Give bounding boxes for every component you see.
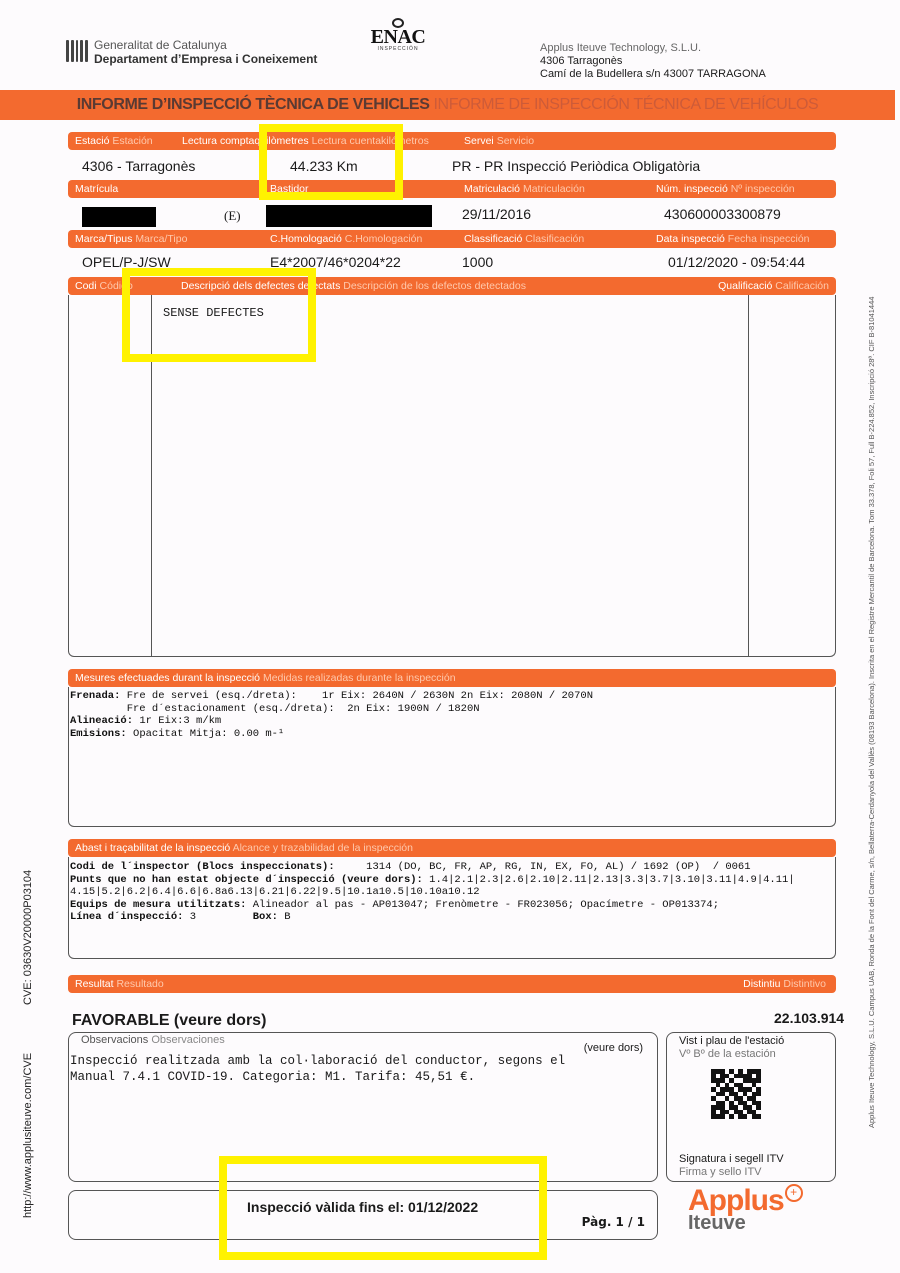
measures-content: Frenada: Fre de servei (esq./dreta): 1r … <box>70 690 593 740</box>
cve-url[interactable]: http://www.applusiteuve.com/CVE <box>22 1053 34 1218</box>
inspector-label: Codi de l´inspector (Blocs inspeccionats… <box>70 861 335 873</box>
enac-title: ENAC <box>366 28 430 46</box>
label-qualificacio: Qualificació Calificación <box>718 277 829 295</box>
veure-dors-note: (veure dors) <box>584 1042 643 1054</box>
linea-value: 3 <box>183 911 196 923</box>
row2-header: Matrícula Bastidor Matriculació Matricul… <box>68 180 836 198</box>
company-info: Applus Iteuve Technology, S.L.U. 4306 Ta… <box>540 42 840 81</box>
equips-label: Equips de mesura utilitzats: <box>70 899 246 911</box>
stamp-bottom-label: Signatura i segell ITV Firma y sello ITV <box>679 1153 784 1179</box>
label-estacio: Estació Estación <box>75 132 153 150</box>
stamp-box: Vist i plau de l'estació Vº Bº de la est… <box>666 1032 836 1182</box>
label-classificacio: Classificació Clasificación <box>464 230 584 248</box>
report-title: INFORME D’INSPECCIÓ TÈCNICA DE VEHICLES … <box>0 90 895 120</box>
label-num-inspeccio: Núm. inspecció Nº inspección <box>656 180 795 198</box>
inspector-value: 1314 (DO, BC, FR, AP, RG, IN, EX, FO, AL… <box>335 861 751 873</box>
title-ca: INFORME D’INSPECCIÓ TÈCNICA DE VEHICLES <box>77 96 430 113</box>
scope-content: Codi de l´inspector (Blocs inspeccionats… <box>70 861 795 924</box>
box-value: B <box>278 911 291 923</box>
equips-value: Alineador al pas - AP013047; Frenòmetre … <box>246 899 719 911</box>
scope-label-es: Alcance y trazabilidad de la inspección <box>233 842 413 854</box>
label-homologacio: C.Homologació C.Homologación <box>270 230 422 248</box>
label-matricula: Matrícula <box>75 180 118 198</box>
punts-value-cont: 4.15|5.2|6.2|6.4|6.6|6.8a6.13|6.21|6.22|… <box>70 886 480 898</box>
result-header: Resultat Resultado Distintiu Distintivo <box>68 975 836 993</box>
plate-suffix: (E) <box>224 208 241 224</box>
observations-label: Observacions Observaciones <box>81 1034 225 1046</box>
company-address: Camí de la Budellera s/n 43007 TARRAGONA <box>540 68 840 81</box>
label-matriculacio: Matriculació Matriculación <box>464 180 585 198</box>
row1-header: Estació Estación Lectura comptaquilòmetr… <box>68 132 836 150</box>
label-data-inspeccio: Data inspecció Fecha inspección <box>656 230 810 248</box>
title-es: INFORME DE INSPECCIÓN TÉCNICA DE VEHÍCUL… <box>434 96 819 113</box>
column-divider <box>748 295 749 656</box>
plus-icon: + <box>785 1184 803 1202</box>
gencat-emblem-icon <box>66 40 88 62</box>
department-name: Departament d’Empresa i Coneixement <box>94 52 317 66</box>
emisions-value: Opacitat Mitja: 0.00 m-¹ <box>127 728 285 740</box>
data-inspeccio-value: 01/12/2020 - 09:54:44 <box>668 254 805 270</box>
gencat-name: Generalitat de Catalunya <box>94 38 227 52</box>
alineacio-value: 1r Eix:3 m/km <box>133 715 221 727</box>
company-station: 4306 Tarragonès <box>540 55 840 68</box>
highlight-odometer <box>259 124 403 200</box>
scope-label-ca: Abast i traçabilitat de la inspecció <box>75 842 230 854</box>
qr-code[interactable] <box>711 1069 761 1119</box>
linea-label: Línea d´inspecció: <box>70 911 183 923</box>
redacted-plate <box>82 207 156 227</box>
label-marca: Marca/Tipus Marca/Tipo <box>75 230 187 248</box>
measures-label-ca: Mesures efectuades durant la inspecció <box>75 672 260 684</box>
scope-header: Abast i traçabilitat de la inspecció Alc… <box>68 839 836 857</box>
cve-code: CVE: 03630V20000P03104 <box>22 870 34 1005</box>
frenada-label: Frenada: <box>70 690 120 702</box>
frenada-parking: Fre d´estacionament (esq./dreta): 2n Eix… <box>70 703 480 715</box>
measures-header: Mesures efectuades durant la inspecció M… <box>68 669 836 687</box>
measures-label-es: Medidas realizadas durante la inspección <box>263 672 456 684</box>
punts-value: 1.4|2.1|2.3|2.6|2.10|2.11|2.13|3.3|3.7|3… <box>423 874 795 886</box>
distintiu-label-es: Distintivo <box>783 978 826 990</box>
label-servei: Servei Servicio <box>464 132 534 150</box>
redacted-vin <box>266 205 432 227</box>
box-label: Box: <box>253 911 278 923</box>
emisions-label: Emisions: <box>70 728 127 740</box>
highlight-defects <box>122 268 316 362</box>
punts-label: Punts que no han estat objecte d´inspecc… <box>70 874 423 886</box>
stamp-top-label: Vist i plau de l'estació Vº Bº de la est… <box>679 1035 784 1061</box>
observations-text: Inspecció realitzada amb la col·laboraci… <box>70 1053 565 1085</box>
num-inspeccio-value: 430600003300879 <box>664 206 781 222</box>
legal-notice: Applus Iteuve Technology, S.L.U. Campus … <box>867 297 876 1128</box>
result-label-ca: Resultat <box>75 978 114 990</box>
alineacio-label: Alineació: <box>70 715 133 727</box>
result-value: FAVORABLE (veure dors) <box>72 1012 266 1030</box>
classificacio-value: 1000 <box>462 254 493 270</box>
row3-header: Marca/Tipus Marca/Tipo C.Homologació C.H… <box>68 230 836 248</box>
measures-box: Frenada: Fre de servei (esq./dreta): 1r … <box>68 687 836 827</box>
enac-logo: ENAC INSPECCIÓN <box>366 18 430 52</box>
estacio-value: 4306 - Tarragonès <box>82 158 195 174</box>
highlight-validity <box>219 1156 547 1260</box>
scope-box: Codi de l´inspector (Blocs inspeccionats… <box>68 857 836 959</box>
applus-logo: Applus+ Iteuve <box>688 1184 803 1235</box>
result-label-es: Resultado <box>116 978 163 990</box>
servei-value: PR - PR Inspecció Periòdica Obligatòria <box>452 158 700 174</box>
company-name: Applus Iteuve Technology, S.L.U. <box>540 42 840 55</box>
distintiu-label-ca: Distintiu <box>743 978 780 990</box>
distintiu-value: 22.103.914 <box>774 1010 844 1026</box>
frenada-service: Fre de servei (esq./dreta): 1r Eix: 2640… <box>120 690 593 702</box>
matriculacio-value: 29/11/2016 <box>462 206 531 222</box>
page-number: Pàg. 1 / 1 <box>582 1215 645 1229</box>
